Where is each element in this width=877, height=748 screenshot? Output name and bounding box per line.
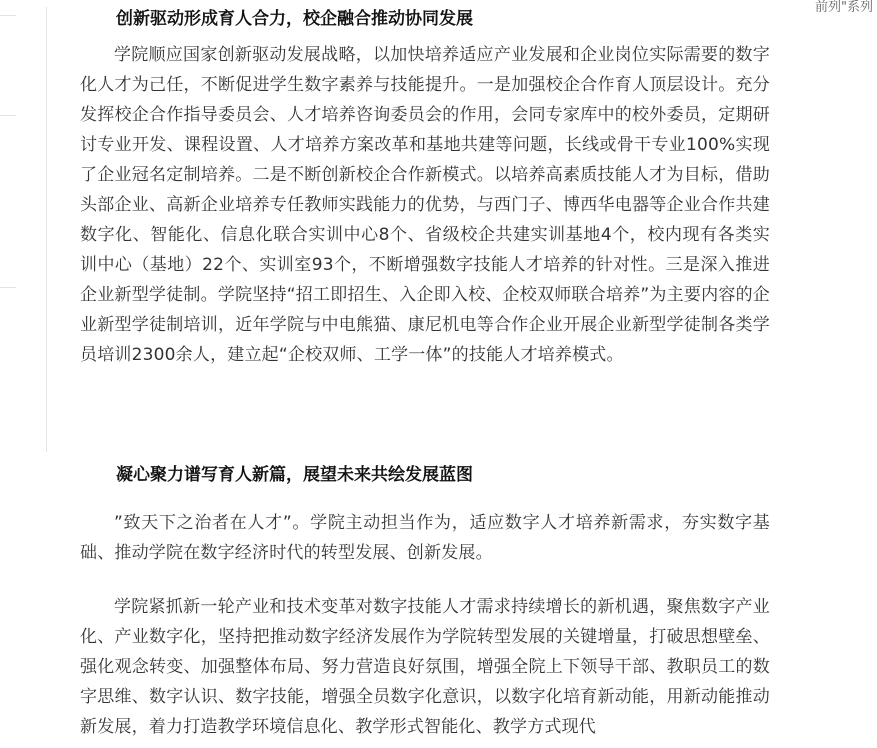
paragraph-1: 学院顺应国家创新驱动发展战略，以加快培养适应产业发展和企业岗位实际需要的数字化人…	[80, 40, 770, 370]
vertical-divider	[46, 7, 47, 452]
sidebar-snippet[interactable]: 前列"系列	[815, 0, 873, 16]
left-rule-2	[0, 115, 16, 116]
section-heading-2: 凝心聚力谱写育人新篇，展望未来共绘发展蓝图	[116, 463, 473, 487]
section-heading-1: 创新驱动形成育人合力，校企融合推动协同发展	[116, 7, 473, 31]
left-rule-3	[0, 287, 16, 288]
left-rule-1	[0, 15, 16, 16]
paragraph-2: ”致天下之治者在人才”。学院主动担当作为，适应数字人才培养新需求，夯实数字基础、…	[80, 508, 770, 568]
paragraph-3: 学院紧抓新一轮产业和技术变革对数字技能人才需求持续增长的新机遇，聚焦数字产业化、…	[80, 592, 770, 742]
